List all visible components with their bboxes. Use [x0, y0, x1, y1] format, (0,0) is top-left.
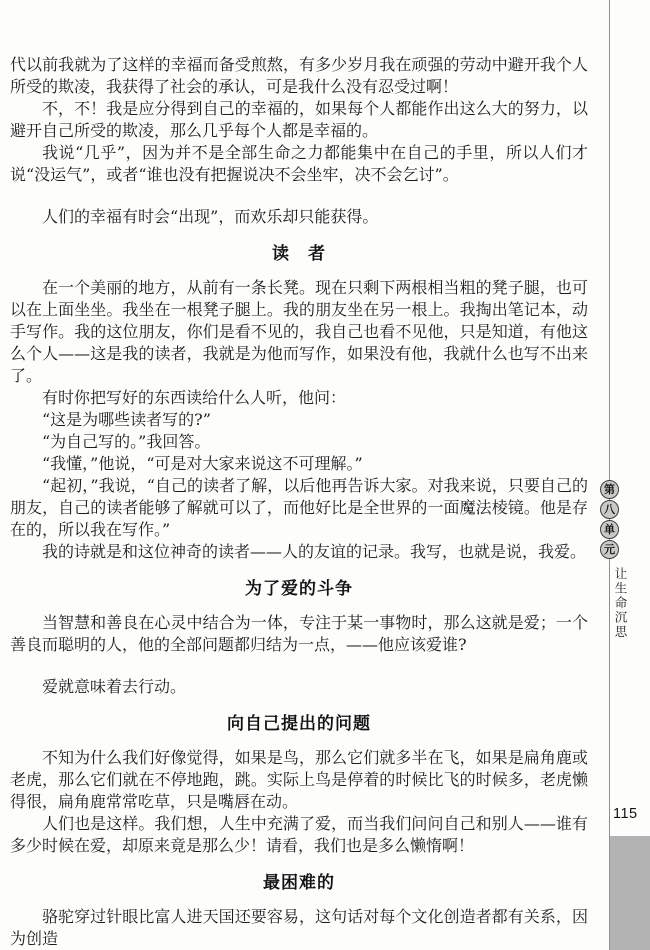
margin-rule-line [609, 0, 610, 950]
blank-line [10, 186, 588, 206]
paragraph: “我懂，”他说，“可是对大家来说这不可理解。” [10, 453, 588, 475]
paragraph: 爱就意味着去行动。 [10, 676, 588, 698]
paragraph: 人们的幸福有时会“出现”，而欢乐却只能获得。 [10, 206, 588, 228]
paragraph: 人们也是这样。我们想，人生中充满了爱，而当我们问问自己和别人——谁有多少时候在爱… [10, 813, 588, 857]
textbook-page: 代以前我就为了这样的幸福而备受煎熬，有多少岁月我在顽强的劳动中避开我个人所受的欺… [0, 0, 650, 950]
page-edge-block [610, 836, 650, 950]
section-heading: 向自己提出的问题 [10, 712, 588, 736]
blank-line [10, 656, 588, 676]
paragraph: 我的诗就是和这位神奇的读者——人的友谊的记录。我写，也就是说，我爱。 [10, 541, 588, 563]
paragraph: 不，不！我是应分得到自己的幸福的，如果每个人都能作出这么大的努力，以避开自己所受… [10, 98, 588, 142]
paragraph: “这是为哪些读者写的?” [10, 409, 588, 431]
paragraph: 在一个美丽的地方，从前有一条长凳。现在只剩下两根相当粗的凳子腿，也可以在上面坐坐… [10, 277, 588, 387]
paragraph: 不知为什么我们好像觉得，如果是鸟，那么它们就多半在飞，如果是扁角鹿或老虎，那么它… [10, 747, 588, 813]
paragraph: 当智慧和善良在心灵中结合为一体，专注于某一事物时，那么这就是爱；一个善良而聪明的… [10, 612, 588, 656]
unit-title-vertical-text: 让生命沉思 [611, 567, 629, 640]
paragraph: 我说“几乎”，因为并不是全部生命之力都能集中在自己的手里，所以人们才说“没运气”… [10, 142, 588, 186]
page-number: 115 [613, 806, 638, 822]
unit-badge-char: 元 [600, 540, 619, 559]
unit-badge-char: 单 [600, 520, 619, 539]
article: 代以前我就为了这样的幸福而备受煎熬，有多少岁月我在顽强的劳动中避开我个人所受的欺… [10, 54, 588, 950]
paragraph: 有时你把写好的东西读给什么人听，他问： [10, 387, 588, 409]
unit-badge: 第八单元 [600, 480, 619, 559]
paragraph: 代以前我就为了这样的幸福而备受煎熬，有多少岁月我在顽强的劳动中避开我个人所受的欺… [10, 54, 588, 98]
section-heading: 读 者 [10, 242, 588, 266]
unit-badge-char: 第 [600, 480, 619, 499]
paragraph: 骆驼穿过针眼比富人进天国还要容易，这句话对每个文化创造者都有关系，因为创造 [10, 906, 588, 950]
section-heading: 为了爱的斗争 [10, 577, 588, 601]
paragraph: “起初，”我说，“自己的读者了解，以后他再告诉大家。对我来说，只要自己的朋友，自… [10, 475, 588, 541]
unit-badge-char: 八 [600, 500, 619, 519]
paragraph: “为自己写的。”我回答。 [10, 431, 588, 453]
section-heading: 最困难的 [10, 871, 588, 895]
